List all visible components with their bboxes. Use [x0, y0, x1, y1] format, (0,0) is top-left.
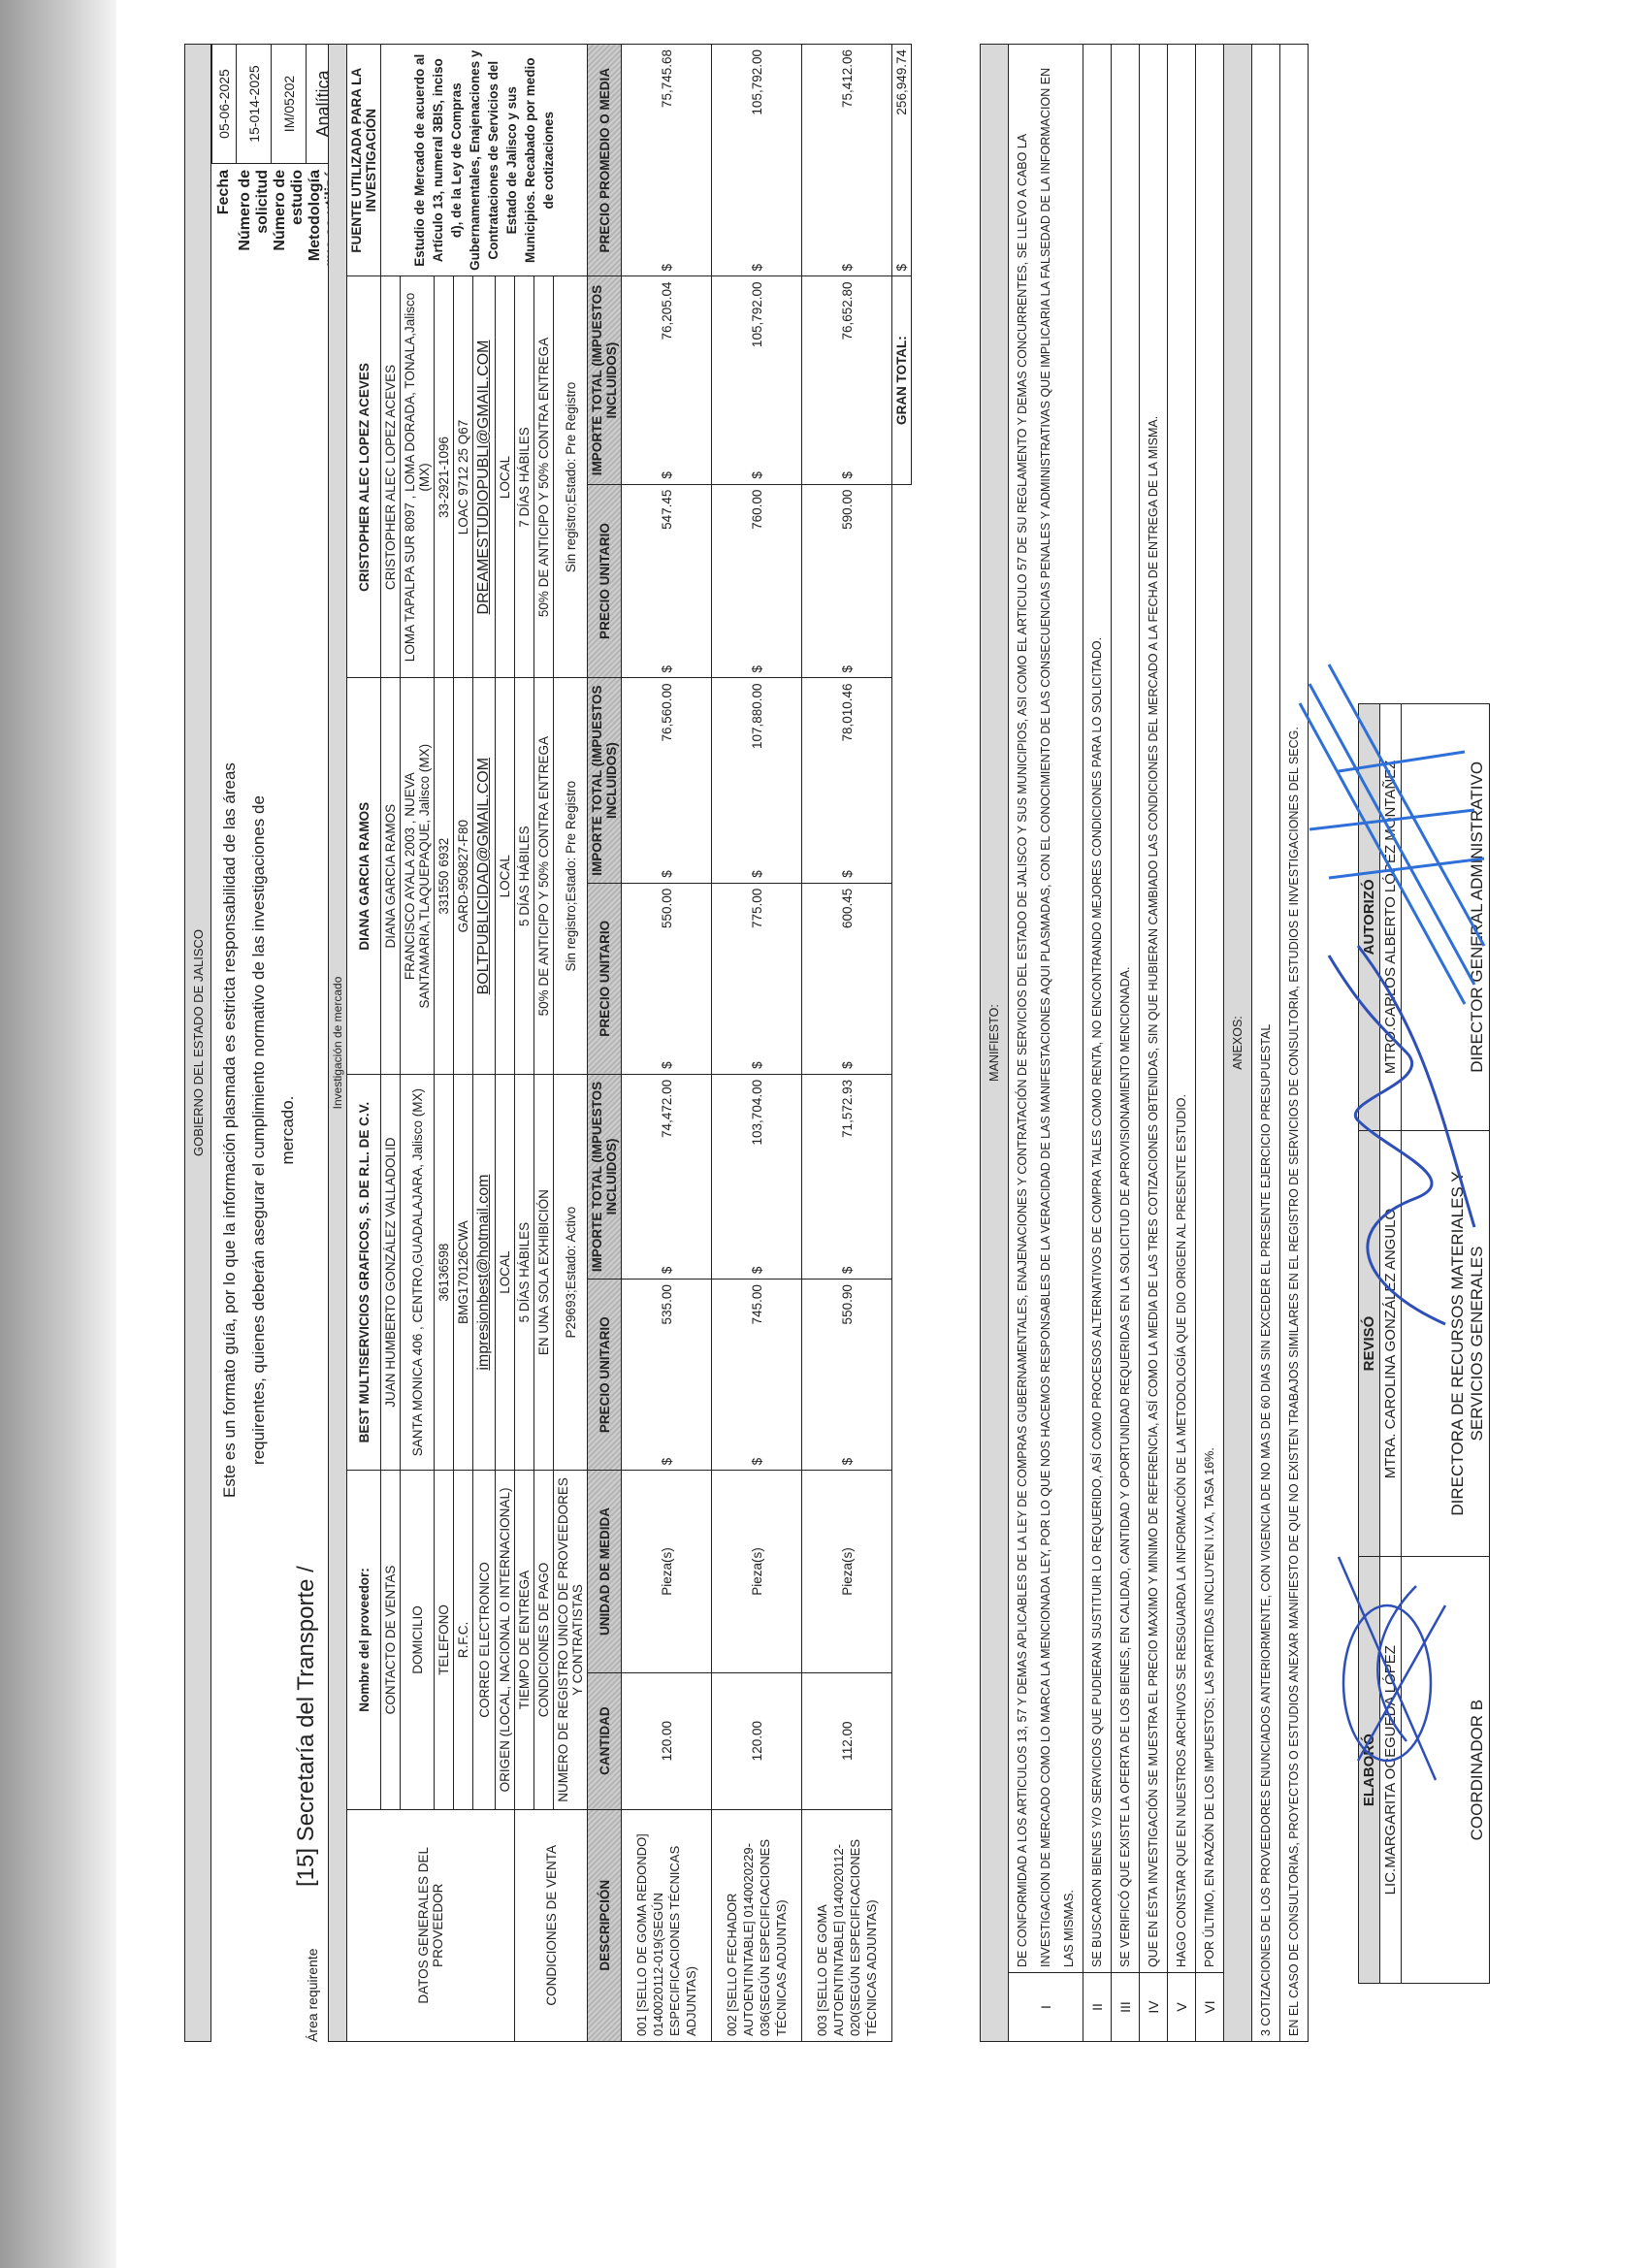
manifiesto-number: V — [1168, 1973, 1196, 2042]
item-unit-price-1: $745.00 — [712, 1280, 802, 1471]
supplier-1-origen: LOCAL — [496, 1074, 515, 1470]
government-title: GOBIERNO DEL ESTADO DE JALISCO — [185, 45, 211, 2042]
col-descripcion: DESCRIPCIÓN — [588, 1809, 622, 2041]
col-importe-total-3: IMPORTE TOTAL (IMPUESTOS INCLUIDOS) — [588, 276, 622, 484]
row-label-origen: ORIGEN (LOCAL, NACIONAL O INTERNACIONAL) — [496, 1471, 515, 1809]
item-total-3: $105,792.00 — [712, 276, 802, 484]
col-importe-total-2: IMPORTE TOTAL (IMPUESTOS INCLUIDOS) — [588, 678, 622, 883]
supplier-info-row-rfc: R.F.C.BMG170126CWAGARD-950827-F80LOAC 97… — [454, 45, 473, 2042]
currency-symbol: $ — [660, 1267, 674, 1275]
supplier-2-origen: LOCAL — [496, 678, 515, 1074]
supplier-info-row-registro: NUMERO DE REGISTRO UNICO DE PROVEEDORES … — [554, 45, 588, 2042]
manifiesto-number: III — [1112, 1973, 1140, 2042]
item-unit-price-3-amount: 590.00 — [840, 490, 855, 530]
supplier-info-row-tiempo: CONDICIONES DE VENTATIEMPO DE ENTREGA5 D… — [515, 45, 534, 2042]
item-average-amount: 75,745.68 — [660, 49, 674, 108]
currency-symbol: $ — [750, 264, 764, 272]
supplier-info-row-telefono: TELEFONO36136598331550 693233-2921-1096 — [435, 45, 454, 2042]
manifiesto-text: SE VERIFICÓ QUE EXISTE LA OFERTA DE LOS … — [1112, 45, 1140, 1973]
supplier-1-nombre: BEST MULTISERVICIOS GRAFICOS, S. DE R.L.… — [347, 1074, 381, 1470]
estudio-value: IM/05202 — [272, 45, 307, 164]
item-total-2-amount: 107,880.00 — [750, 683, 764, 749]
item-average: $75,745.68 — [622, 45, 712, 276]
supplier-info-row-domicilio: DOMICILIOSANTA MONICA 406 , CENTRO,GUADA… — [401, 45, 435, 2042]
supplier-2-rfc: GARD-950827-F80 — [454, 678, 473, 1074]
item-total-1: $103,704.00 — [712, 1074, 802, 1279]
supplier-1-contacto: JUAN HUMBERTO GONZÁLEZ VALLADOLID — [381, 1074, 401, 1470]
sig-title-reviso: DIRECTORA DE RECURSOS MATERIALES Y SERVI… — [1402, 1130, 1490, 1557]
currency-symbol: $ — [840, 1267, 855, 1275]
item-total-3-amount: 76,652.80 — [840, 281, 855, 340]
currency-symbol: $ — [840, 1458, 855, 1466]
supplier-3-nombre: CRISTOPHER ALEC LOPEZ ACEVES — [347, 276, 381, 678]
currency-symbol: $ — [840, 870, 855, 878]
currency-symbol: $ — [750, 1061, 764, 1069]
solicitud-label: Número de solicitud — [237, 164, 272, 293]
anexos-title: ANEXOS: — [1224, 45, 1252, 2042]
item-row: 002 [SELLO FECHADOR AUTOENTINTABLE] 0140… — [712, 45, 802, 2042]
item-total-1-amount: 71,572.93 — [840, 1080, 855, 1138]
supplier-3-rfc: LOAC 9712 25 Q67 — [454, 276, 473, 678]
item-unit: Pieza(s) — [712, 1471, 802, 1672]
row-label-domicilio: DOMICILIO — [401, 1471, 435, 1809]
sig-title-autorizo: DIRECTOR GENERAL ADMINISTRATIVO — [1402, 704, 1490, 1131]
group-datos-generales: DATOS GENERALES DEL PROVEEDOR — [347, 1809, 515, 2041]
sig-name-reviso: MTRA. CAROLINA GONZÁLEZ ANGULO — [1380, 1130, 1402, 1557]
item-unit: Pieza(s) — [622, 1471, 712, 1672]
item-total-2-amount: 76,560.00 — [660, 683, 674, 741]
currency-symbol: $ — [660, 665, 674, 673]
government-band: GOBIERNO DEL ESTADO DE JALISCO — [184, 44, 211, 2042]
supplier-2-tiempo: 5 DÍAS HÁBILES — [515, 678, 534, 1074]
col-precio-unitario-3: PRECIO UNITARIO — [588, 484, 622, 678]
market-research-document: GOBIERNO DEL ESTADO DE JALISCO Este es u… — [184, 24, 1581, 2042]
currency-symbol: $ — [660, 264, 674, 272]
manifiesto-item: VHAGO CONSTAR QUE EN NUESTROS ARCHIVOS S… — [1168, 45, 1196, 2042]
currency-symbol: $ — [750, 665, 764, 673]
fecha-label: Fecha — [212, 164, 237, 293]
item-unit-price-2: $550.00 — [622, 883, 712, 1074]
sig-role-elaboro: ELABORÓ — [1359, 1557, 1380, 1984]
item-total-3-amount: 76,205.04 — [660, 281, 674, 340]
supplier-3-contacto: CRISTOPHER ALEC LOPEZ ACEVES — [381, 276, 401, 678]
currency-symbol: $ — [750, 1458, 764, 1466]
currency-symbol: $ — [660, 870, 674, 878]
supplier-2-correo[interactable]: BOLTPUBLICIDAD@GMAIL.COM — [473, 678, 496, 1074]
group-condiciones-venta: CONDICIONES DE VENTA — [515, 1809, 588, 2041]
signature-block: ELABORÓ REVISÓ AUTORIZÓ LIC.MARGARITA OC… — [1358, 703, 1490, 1984]
currency-symbol: $ — [840, 264, 855, 272]
manifiesto-text: POR ÚLTIMO, EN RAZÓN DE LOS IMPUESTOS; L… — [1196, 45, 1224, 1973]
sig-role-autorizo: AUTORIZÓ — [1359, 704, 1380, 1131]
item-description: 001 [SELLO DE GOMA REDONDO] 0140020112-0… — [622, 1809, 712, 2041]
row-label-telefono: TELEFONO — [435, 1471, 454, 1809]
currency-symbol: $ — [750, 870, 764, 878]
row-label-pago: CONDICIONES DE PAGO — [534, 1471, 554, 1809]
manifiesto-item: IISE BUSCARON BIENES Y/O SERVICIOS QUE P… — [1083, 45, 1112, 2042]
currency-symbol: $ — [750, 471, 764, 479]
supplier-1-rfc: BMG170126CWA — [454, 1074, 473, 1470]
gran-total-amount: 256,949.74 — [894, 49, 909, 115]
manifiesto-text: SE BUSCARON BIENES Y/O SERVICIOS QUE PUD… — [1083, 45, 1112, 1973]
item-quantity: 120.00 — [712, 1672, 802, 1809]
manifiesto-text: QUE EN ÉSTA INVESTIGACIÓN SE MUESTRA EL … — [1140, 45, 1168, 1973]
col-promedio: PRECIO PROMEDIO O MEDIA — [588, 45, 622, 276]
area-label: Área requirente — [305, 1948, 320, 2042]
item-quantity: 112.00 — [802, 1672, 892, 1809]
item-total-3: $76,652.80 — [802, 276, 892, 484]
fuente-header: FUENTE UTILIZADA PARA LA INVESTIGACIÓN — [347, 45, 381, 276]
gran-total-label: GRAN TOTAL: — [892, 276, 912, 484]
item-average-amount: 105,792.00 — [750, 49, 764, 115]
currency-symbol: $ — [840, 1061, 855, 1069]
row-label-contacto: CONTACTO DE VENTAS — [381, 1471, 401, 1809]
item-unit-price-2-amount: 775.00 — [750, 889, 764, 928]
item-average: $75,412.06 — [802, 45, 892, 276]
supplier-info-row-contacto: CONTACTO DE VENTASJUAN HUMBERTO GONZÁLEZ… — [381, 45, 401, 2042]
section-title: Investigación de mercado — [329, 45, 347, 2042]
col-precio-unitario-2: PRECIO UNITARIO — [588, 883, 622, 1074]
item-unit-price-2-amount: 550.00 — [660, 889, 674, 928]
item-unit-price-2: $600.45 — [802, 883, 892, 1074]
item-row: 001 [SELLO DE GOMA REDONDO] 0140020112-0… — [622, 45, 712, 2042]
supplier-2-contacto: DIANA GARCIA RAMOS — [381, 678, 401, 1074]
supplier-info-row-correo: CORREO ELECTRONICOimpresionbest@hotmail.… — [473, 45, 496, 2042]
item-unit-price-2: $775.00 — [712, 883, 802, 1074]
item-unit-price-1: $535.00 — [622, 1280, 712, 1471]
item-unit-price-3: $760.00 — [712, 484, 802, 678]
fecha-value: 05-06-2025 — [212, 45, 237, 164]
sig-name-elaboro: LIC.MARGARITA OCEGUEDA LÓPEZ — [1380, 1557, 1402, 1984]
row-label-tiempo: TIEMPO DE ENTREGA — [515, 1471, 534, 1809]
item-unit-price-3-amount: 547.45 — [660, 490, 674, 530]
item-unit-price-2-amount: 600.45 — [840, 889, 855, 928]
currency-symbol: $ — [840, 665, 855, 673]
item-total-2: $78,010.46 — [802, 678, 892, 883]
estudio-label: Número de estudio — [272, 164, 307, 293]
fuente-text: Estudio de Mercado de acuerdo al Artícul… — [381, 45, 588, 276]
col-cantidad: CANTIDAD — [588, 1672, 622, 1809]
item-average-amount: 75,412.06 — [840, 49, 855, 108]
supplier-1-tiempo: 5 DÍAS HÁBILES — [515, 1074, 534, 1470]
manifiesto-item: IDE CONFORMIDAD A LOS ARTICULOS 13, 57 Y… — [1009, 45, 1083, 2042]
gran-total-value: $256,949.74 — [892, 45, 912, 276]
currency-symbol: $ — [660, 471, 674, 479]
item-total-2: $76,560.00 — [622, 678, 712, 883]
item-description: 003 [SELLO DE GOMA AUTOENTINTABLE] 01400… — [802, 1809, 892, 2041]
manifiesto-number: II — [1083, 1973, 1112, 2042]
manifiesto-item: IIISE VERIFICÓ QUE EXISTE LA OFERTA DE L… — [1112, 45, 1140, 2042]
manifiesto-item: IVQUE EN ÉSTA INVESTIGACIÓN SE MUESTRA E… — [1140, 45, 1168, 2042]
item-total-1: $71,572.93 — [802, 1074, 892, 1279]
item-unit: Pieza(s) — [802, 1471, 892, 1672]
manifiesto-table: MANIFIESTO: IDE CONFORMIDAD A LOS ARTICU… — [980, 44, 1309, 2042]
supplier-info-row-pago: CONDICIONES DE PAGOEN UNA SOLA EXHIBICIÓ… — [534, 45, 554, 2042]
supplier-3-origen: LOCAL — [496, 276, 515, 678]
supplier-3-pago: 50% DE ANTICIPO Y 50% CONTRA ENTREGA — [534, 276, 554, 678]
item-unit-price-3: $590.00 — [802, 484, 892, 678]
sig-name-autorizo: MTRO.CARLOS ALBERTO LÓPEZ MONTAÑEZ — [1380, 704, 1402, 1131]
item-quantity: 120.00 — [622, 1672, 712, 1809]
manifiesto-text: HAGO CONSTAR QUE EN NUESTROS ARCHIVOS SE… — [1168, 45, 1196, 1973]
supplier-2-telefono: 331550 6932 — [435, 678, 454, 1074]
supplier-1-telefono: 36136598 — [435, 1074, 454, 1470]
currency-symbol: $ — [660, 1458, 674, 1466]
supplier-1-pago: EN UNA SOLA EXHIBICIÓN — [534, 1074, 554, 1470]
item-unit-price-3: $547.45 — [622, 484, 712, 678]
supplier-2-pago: 50% DE ANTICIPO Y 50% CONTRA ENTREGA — [534, 678, 554, 1074]
currency-symbol: $ — [840, 471, 855, 479]
supplier-3-registro: Sin registro;Estado: Pre Registro — [554, 276, 588, 678]
supplier-2-nombre: DIANA GARCIA RAMOS — [347, 678, 381, 1074]
supplier-3-tiempo: 7 DÍAS HÁBILES — [515, 276, 534, 678]
investigation-table: Investigación de mercado DATOS GENERALES… — [328, 44, 912, 2042]
item-unit-price-1-amount: 550.90 — [840, 1284, 855, 1324]
col-precio-unitario-1: PRECIO UNITARIO — [588, 1280, 622, 1471]
item-unit-price-3-amount: 760.00 — [750, 490, 764, 530]
item-description: 002 [SELLO FECHADOR AUTOENTINTABLE] 0140… — [712, 1809, 802, 2041]
col-importe-total-1: IMPORTE TOTAL (IMPUESTOS INCLUIDOS) — [588, 1074, 622, 1279]
intro-notice: Este es un formato guía, por lo que la i… — [215, 761, 303, 1499]
item-total-1-amount: 103,704.00 — [750, 1080, 764, 1146]
manifiesto-number: IV — [1140, 1973, 1168, 2042]
item-total-2-amount: 78,010.46 — [840, 683, 855, 741]
item-unit-price-1: $550.90 — [802, 1280, 892, 1471]
supplier-1-registro: P29693;Estado: Activo — [554, 1074, 588, 1470]
manifiesto-item: VIPOR ÚLTIMO, EN RAZÓN DE LOS IMPUESTOS;… — [1196, 45, 1224, 2042]
study-metadata: Fecha05-06-2025 Número de solicitud15-01… — [211, 44, 340, 292]
item-total-1-amount: 74,472.00 — [660, 1080, 674, 1138]
supplier-1-domicilio: SANTA MONICA 406 , CENTRO,GUADALAJARA, J… — [401, 1074, 435, 1470]
item-row: 003 [SELLO DE GOMA AUTOENTINTABLE] 01400… — [802, 45, 892, 2042]
manifiesto-number: I — [1009, 1973, 1083, 2042]
manifiesto-text: DE CONFORMIDAD A LOS ARTICULOS 13, 57 Y … — [1009, 45, 1083, 1973]
currency-symbol: $ — [750, 1267, 764, 1275]
currency-symbol: $ — [894, 264, 909, 272]
scan-edge-shadow — [0, 0, 116, 2268]
supplier-2-domicilio: FRANCISCO AYALA 2003 , NUEVA SANTAMARIA,… — [401, 678, 435, 1074]
item-unit-price-1-amount: 745.00 — [750, 1284, 764, 1324]
area-value: [15] Secretaría del Transporte / — [293, 1566, 320, 1887]
currency-symbol: $ — [660, 1061, 674, 1069]
supplier-info-row-nombre: DATOS GENERALES DEL PROVEEDORNombre del … — [347, 45, 381, 2042]
supplier-3-correo[interactable]: DREAMESTUDIOPUBLI@GMAIL.COM — [473, 276, 496, 678]
supplier-3-telefono: 33-2921-1096 — [435, 276, 454, 678]
sig-title-elaboro: COORDINADOR B — [1402, 1557, 1490, 1984]
sig-role-reviso: REVISÓ — [1359, 1130, 1380, 1557]
row-label-nombre: Nombre del proveedor: — [347, 1471, 381, 1809]
anexo-item: 3 COTIZACIONES DE LOS PROVEEDORES ENUNCI… — [1252, 45, 1280, 2042]
item-total-3: $76,205.04 — [622, 276, 712, 484]
item-total-3-amount: 105,792.00 — [750, 281, 764, 347]
supplier-1-correo[interactable]: impresionbest@hotmail.com — [473, 1074, 496, 1470]
supplier-info-row-origen: ORIGEN (LOCAL, NACIONAL O INTERNACIONAL)… — [496, 45, 515, 2042]
supplier-3-domicilio: LOMA TAPALPA SUR 8097 , LOMA DORADA, TON… — [401, 276, 435, 678]
manifiesto-title: MANIFIESTO: — [981, 45, 1009, 2042]
supplier-2-registro: Sin registro;Estado: Pre Registro — [554, 678, 588, 1074]
row-label-correo: CORREO ELECTRONICO — [473, 1471, 496, 1809]
col-unidad: UNIDAD DE MEDIDA — [588, 1471, 622, 1672]
item-average: $105,792.00 — [712, 45, 802, 276]
item-unit-price-1-amount: 535.00 — [660, 1284, 674, 1324]
solicitud-value: 15-014-2025 — [237, 45, 272, 164]
row-label-registro: NUMERO DE REGISTRO UNICO DE PROVEEDORES … — [554, 1471, 588, 1809]
item-total-1: $74,472.00 — [622, 1074, 712, 1279]
row-label-rfc: R.F.C. — [454, 1471, 473, 1809]
manifiesto-number: VI — [1196, 1973, 1224, 2042]
item-total-2: $107,880.00 — [712, 678, 802, 883]
anexo-item: EN EL CASO DE CONSULTORIAS, PROYECTOS O … — [1280, 45, 1309, 2042]
